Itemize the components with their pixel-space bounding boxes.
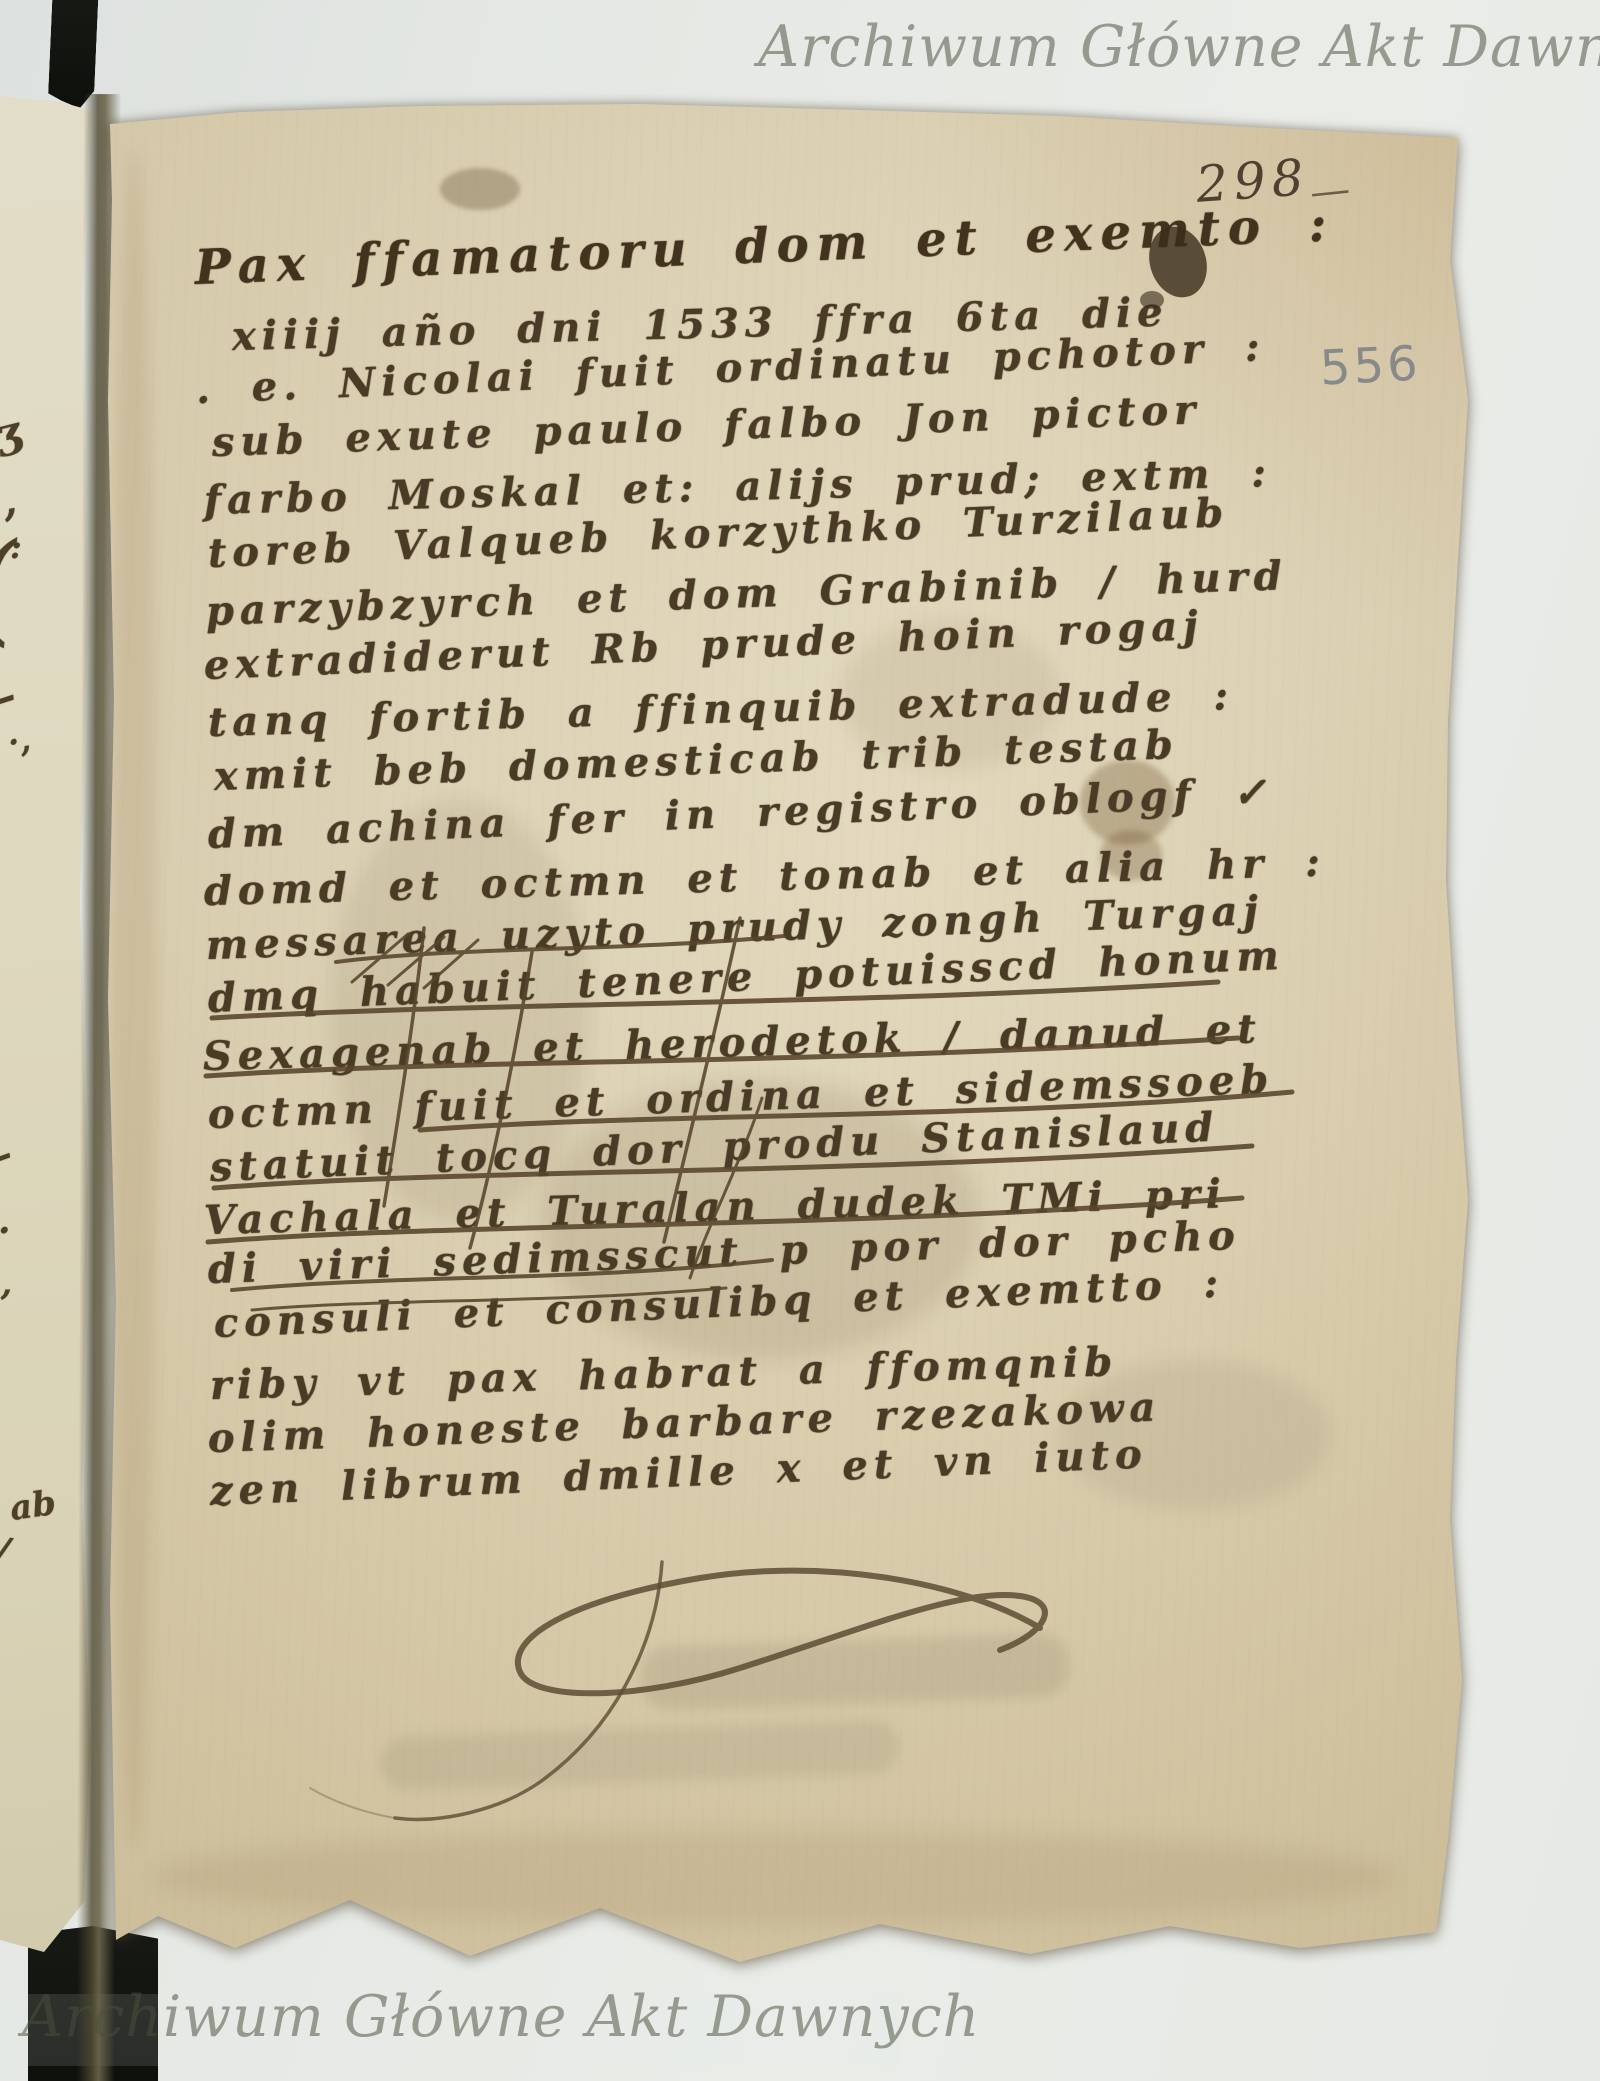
folio-dash: —	[1308, 166, 1353, 216]
manuscript-line: Pax ffamatoru dom et exemto :	[194, 200, 1335, 292]
archive-watermark-bottom: Archiwum Główne Akt Dawnych	[22, 1984, 980, 2050]
folio-number-ink: 298	[1194, 148, 1311, 214]
archive-watermark-top: Archiwum Główne Akt Dawnych	[758, 14, 1600, 80]
folio-number-pencil: 556	[1319, 335, 1422, 396]
manuscript-scan: ʒ , : ( – ·, – · ‚ ab /	[0, 0, 1600, 2081]
manuscript-text: Pax ffamatoru dom et exemto : xiiij año …	[0, 0, 1600, 2081]
